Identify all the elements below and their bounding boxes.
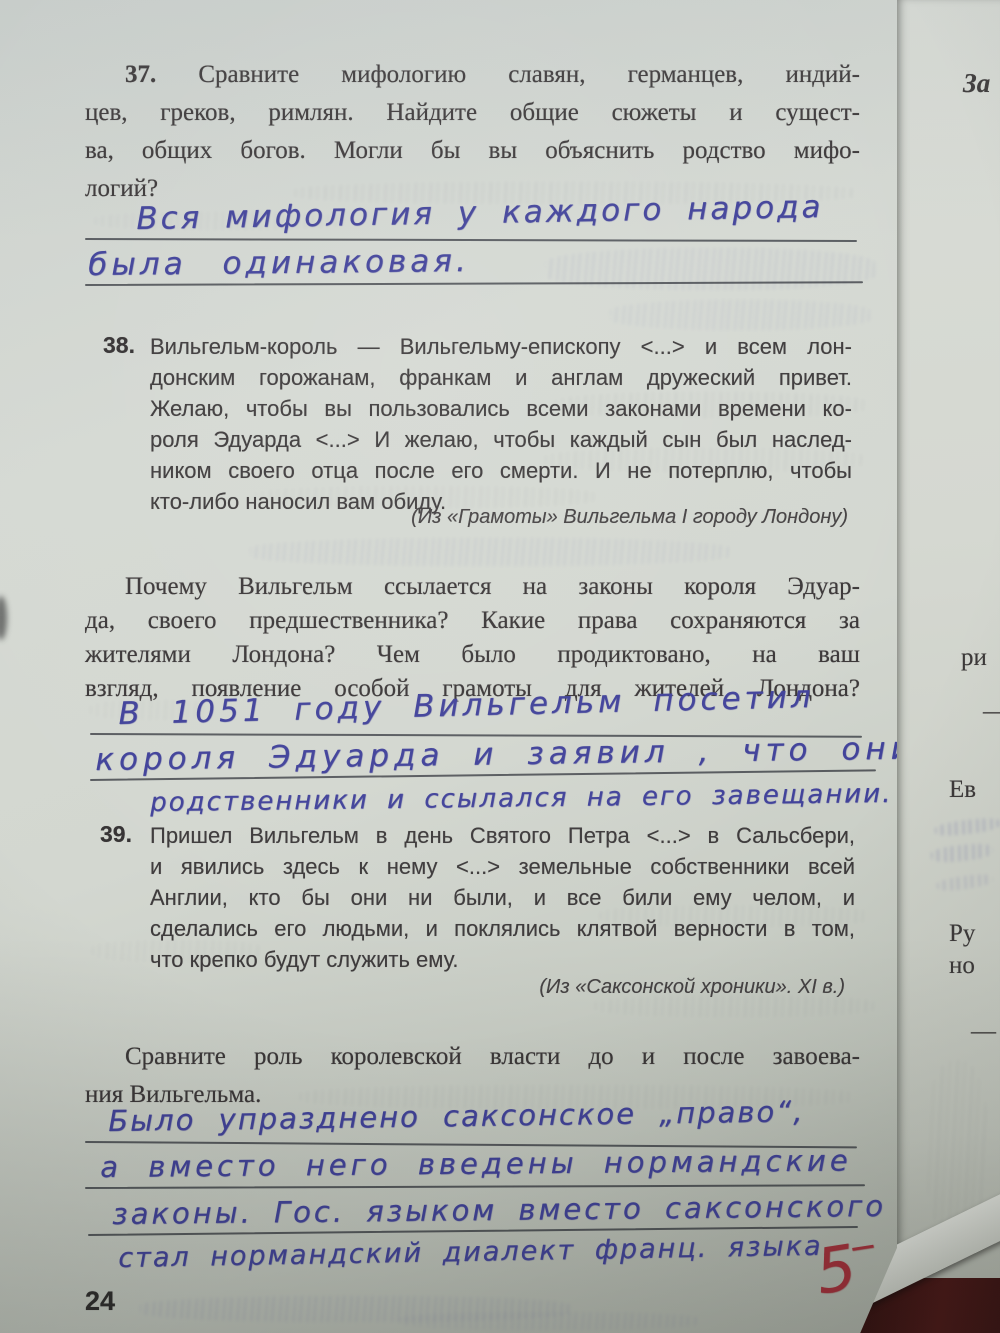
next-page-fragment: ри — [961, 644, 987, 672]
ghost-bleed-text — [610, 300, 870, 330]
task-39-line: Пришел Вильгельм в день Святого Петра <.… — [150, 820, 855, 851]
answer-rule-line — [85, 238, 857, 242]
task-39-line: что крепко будут служить ему. — [150, 944, 855, 975]
handwritten-answer-line: а вместо него введены нормандские — [100, 1143, 852, 1184]
handwritten-answer-line: законы. Гос. языком вместо саксонского — [112, 1189, 886, 1231]
ghost-bleed-text — [140, 1296, 570, 1322]
task-38-line: роля Эдуарда <...> И желаю, чтобы каждый… — [150, 424, 852, 455]
task-37-line: 37. Сравните мифологию славян, германцев… — [85, 56, 860, 94]
workbook-page: 37. Сравните мифологию славян, германцев… — [0, 0, 897, 1333]
next-page-heading-fragment: За — [963, 68, 990, 99]
task-38-quote: Вильгельм-король — Вильгельму-епископу <… — [150, 331, 852, 517]
task-39-line: и явились здесь к нему <...> земельные с… — [150, 851, 855, 882]
answer-rule-line — [85, 1184, 865, 1189]
next-page-edge: За ри — Ев Ру но — — [897, 0, 1000, 1333]
task-39-number: 39. — [100, 821, 132, 848]
task-39-line: Англии, кто бы они ни были, и все били е… — [150, 882, 855, 913]
answer-rule-line — [85, 281, 863, 286]
ghost-bleed-text — [250, 538, 730, 566]
next-page-fragment: — — [983, 698, 1000, 726]
next-page-handwriting-fragment — [936, 872, 993, 893]
task-37-line: цев, греков, римлян. Найдите общие сюжет… — [85, 94, 860, 132]
handwritten-answer-line: была одинаковая. — [88, 243, 470, 283]
handwritten-answer-line: стал нормандский диалект франц. языка. — [118, 1231, 833, 1274]
next-page-handwriting-fragment — [930, 842, 993, 864]
question-38-line: Почему Вильгельм ссылается на законы кор… — [85, 570, 860, 604]
task-38-line: Желаю, чтобы вы пользовались всеми закон… — [150, 393, 852, 424]
page-number: 24 — [85, 1286, 115, 1317]
task-38-line: Вильгельм-король — Вильгельму-епископу <… — [150, 331, 852, 362]
task-39-line: сделались его людьми, и поклялись клятво… — [150, 913, 855, 944]
question-38-line: жителями Лондона? Чем было продиктовано,… — [85, 638, 860, 672]
handwritten-answer-line: родственники и ссылался на его завещании… — [150, 779, 892, 818]
next-page-fragment: но — [949, 952, 975, 980]
task-37-line: ва, общих богов. Могли бы вы объяснить р… — [85, 132, 860, 170]
task-38-line: ником своего отца после его смерти. И не… — [150, 455, 852, 486]
workbook-photo: За ри — Ев Ру но — 37. Сравните м — [0, 0, 1000, 1333]
photo-smudge — [0, 596, 7, 640]
task-38-number: 38. — [103, 332, 135, 359]
next-page-fragment: Ру — [949, 920, 975, 948]
next-page-handwriting-fragment — [934, 816, 1000, 838]
next-page-fragment: Ев — [949, 776, 976, 804]
task-39-quote: Пришел Вильгельм в день Святого Петра <.… — [150, 820, 855, 975]
task-37-paragraph: 37. Сравните мифологию славян, германцев… — [85, 56, 860, 208]
ghost-bleed-text — [400, 1312, 700, 1330]
task-37-number: 37. — [125, 61, 156, 88]
grade-modifier: − — [846, 1225, 880, 1269]
question-39-line: Сравните роль королевской власти до и по… — [85, 1038, 860, 1076]
next-page-fragment: — — [971, 1018, 996, 1046]
source-attribution-39: (Из «Саксонской хроники». XI в.) — [85, 976, 845, 999]
grade-mark: 5− — [811, 1225, 886, 1308]
question-38-line: да, своего предшественника? Какие права … — [85, 604, 860, 638]
source-attribution-38: (Из «Грамоты» Вильгельма I городу Лондон… — [85, 506, 848, 529]
task-38-line: донским горожанам, франкам и англам друж… — [150, 362, 852, 393]
